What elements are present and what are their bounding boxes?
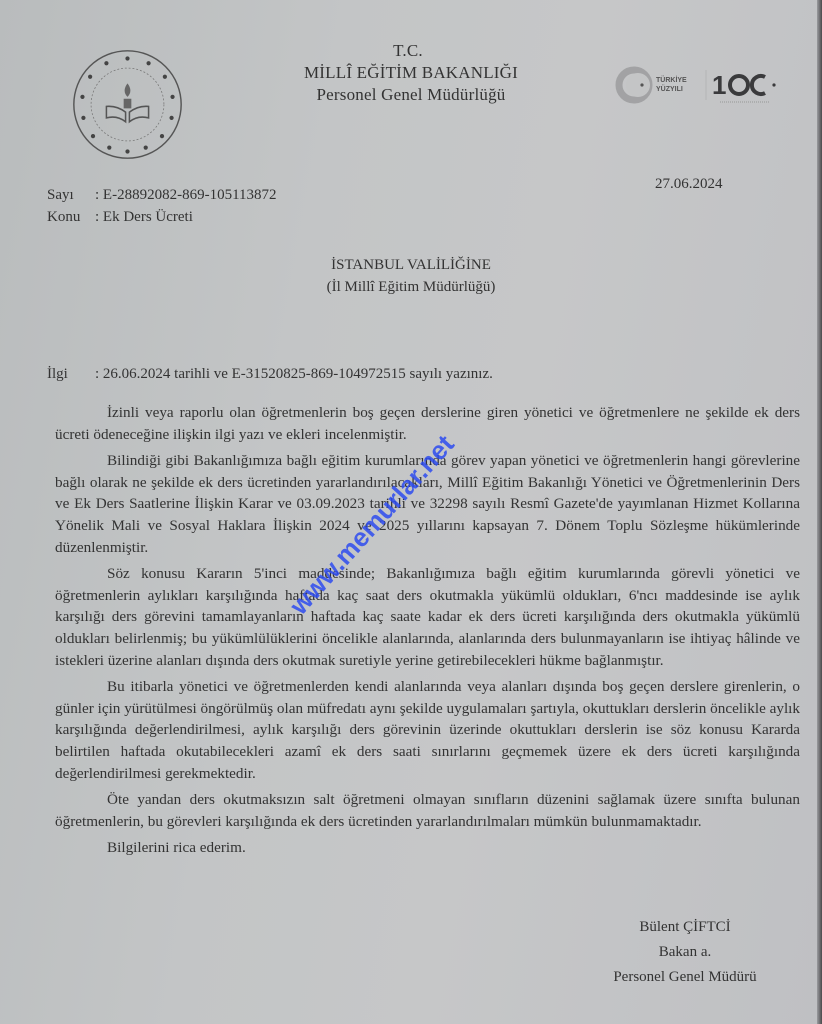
turkiye-yuzyili-logo-icon: TÜRKİYE YÜZYILI 1: [612, 60, 792, 110]
sayi-value: : E-28892082-869-105113872: [95, 184, 277, 206]
document-date: 27.06.2024: [655, 176, 723, 193]
signatory-name: Bülent ÇİFTCİ: [560, 915, 810, 940]
body-paragraph: Bu itibarla yönetici ve öğretmenlerden k…: [55, 676, 800, 784]
svg-text:1: 1: [712, 70, 726, 100]
konu-label: Konu: [47, 206, 95, 228]
recipient: İSTANBUL VALİLİĞİNE (İl Millî Eğitim Müd…: [0, 254, 822, 298]
signature-block: Bülent ÇİFTCİ Bakan a. Personel Genel Mü…: [560, 915, 810, 990]
sayi-label: Sayı: [47, 184, 95, 206]
konu-value: : Ek Ders Ücreti: [95, 206, 193, 228]
body-paragraph: Öte yandan ders okutmaksızın salt öğretm…: [55, 789, 800, 832]
svg-text:TÜRKİYE: TÜRKİYE: [656, 75, 687, 84]
ilgi-value: : 26.06.2024 tarihli ve E-31520825-869-1…: [95, 366, 493, 383]
ilgi-label: İlgi: [47, 366, 95, 383]
reference: İlgi : 26.06.2024 tarihli ve E-31520825-…: [47, 366, 493, 383]
closing-paragraph: Bilgilerini rica ederim.: [55, 837, 800, 859]
state-label: T.C.: [0, 40, 822, 62]
document-meta: Sayı : E-28892082-869-105113872 Konu : E…: [47, 184, 277, 228]
page-edge: [817, 0, 822, 1024]
recipient-line-1: İSTANBUL VALİLİĞİNE: [0, 254, 822, 276]
signatory-title: Personel Genel Müdürü: [560, 965, 810, 990]
body-paragraph: Söz konusu Kararın 5'inci maddesinde; Ba…: [55, 563, 800, 671]
svg-text:YÜZYILI: YÜZYILI: [656, 84, 683, 93]
recipient-line-2: (İl Millî Eğitim Müdürlüğü): [0, 276, 822, 298]
signatory-authority: Bakan a.: [560, 940, 810, 965]
